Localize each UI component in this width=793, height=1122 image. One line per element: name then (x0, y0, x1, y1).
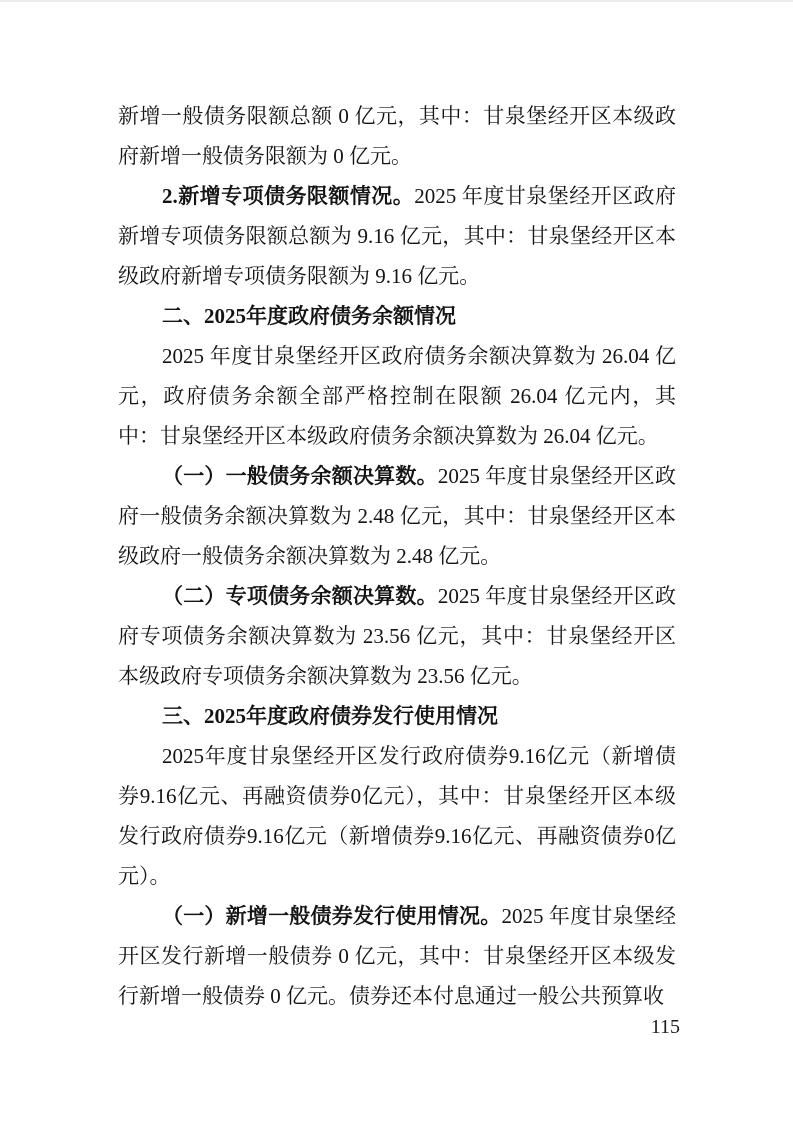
paragraph: 2.新增专项债务限额情况。2025 年度甘泉堡经开区政府新增专项债务限额总额为 … (118, 176, 676, 296)
page-content: 新增一般债务限额总额 0 亿元，其中：甘泉堡经开区本级政府新增一般债务限额为 0… (118, 96, 676, 1016)
paragraph-lead: （一）一般债务余额决算数。 (162, 464, 438, 488)
paragraph: （一）新增一般债券发行使用情况。2025 年度甘泉堡经开区发行新增一般债券 0 … (118, 896, 676, 1016)
paragraph-lead: 2.新增专项债务限额情况。 (162, 184, 414, 208)
paragraph: 2025 年度甘泉堡经开区政府债务余额决算数为 26.04 亿元，政府债务余额全… (118, 336, 676, 456)
section-heading-text: 三、2025年度政府债券发行使用情况 (162, 704, 498, 728)
section-heading-text: 二、2025年度政府债务余额情况 (162, 304, 456, 328)
section-heading: 三、2025年度政府债券发行使用情况 (118, 696, 676, 736)
paragraph-text: 新增一般债务限额总额 0 亿元，其中：甘泉堡经开区本级政府新增一般债务限额为 0… (118, 104, 676, 168)
paragraph: （一）一般债务余额决算数。2025 年度甘泉堡经开区政府一般债务余额决算数为 2… (118, 456, 676, 576)
paragraph-lead: （一）新增一般债券发行使用情况。 (162, 904, 501, 928)
paragraph-text: 2025 年度甘泉堡经开区政府债务余额决算数为 26.04 亿元，政府债务余额全… (118, 344, 676, 448)
paragraph: （二）专项债务余额决算数。2025 年度甘泉堡经开区政府专项债务余额决算数为 2… (118, 576, 676, 696)
scan-edge-artifact (0, 0, 793, 2)
section-heading: 二、2025年度政府债务余额情况 (118, 296, 676, 336)
paragraph: 2025年度甘泉堡经开区发行政府债券9.16亿元（新增债券9.16亿元、再融资债… (118, 736, 676, 896)
paragraph-text: 2025年度甘泉堡经开区发行政府债券9.16亿元（新增债券9.16亿元、再融资债… (118, 744, 676, 888)
paragraph: 新增一般债务限额总额 0 亿元，其中：甘泉堡经开区本级政府新增一般债务限额为 0… (118, 96, 676, 176)
paragraph-lead: （二）专项债务余额决算数。 (162, 584, 438, 608)
page-number: 115 (651, 1013, 680, 1041)
